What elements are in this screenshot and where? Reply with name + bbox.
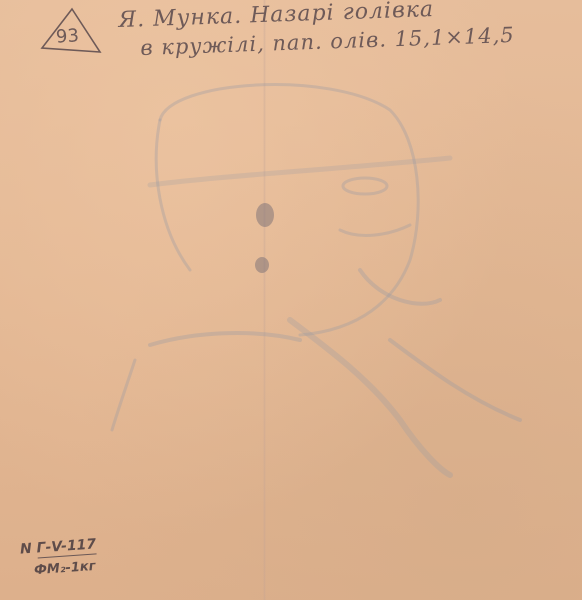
paper-sheet: 93 Я. Мунка. Назарі голівка в кружілі, п… [0, 0, 582, 600]
catalog-number: 93 [55, 25, 79, 48]
pencil-portrait-sketch [0, 0, 582, 600]
inventory-prefix: N [20, 541, 33, 558]
